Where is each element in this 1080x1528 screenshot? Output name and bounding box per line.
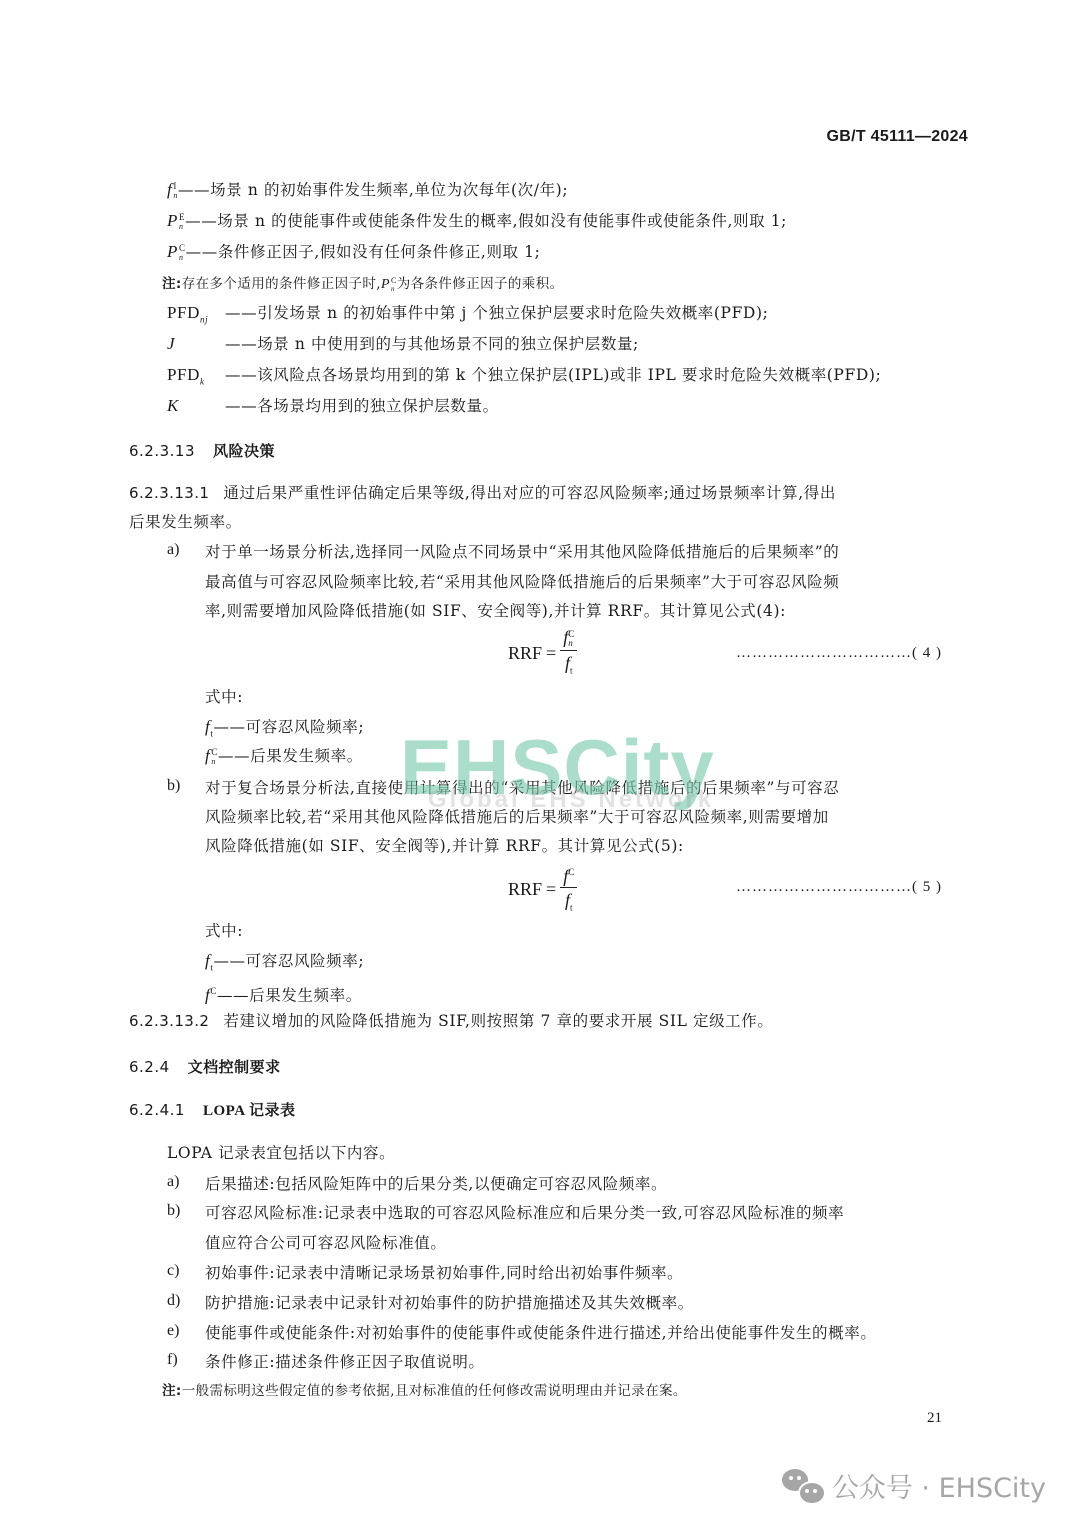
definition-text: 各场景均用到的独立保护层数量。 <box>257 397 499 415</box>
definition-row: K——各场景均用到的独立保护层数量。 <box>167 396 499 416</box>
footer-brand[interactable]: 公众号 · EHSCity <box>782 1466 1046 1505</box>
definition-text: 场景 n 的使能事件或使能条件发生的概率,假如没有使能事件或使能条件,则取 1; <box>217 212 787 230</box>
list-item-line: 防护措施:记录表中记录针对初始事件的防护措施描述及其失效概率。 <box>205 1293 694 1313</box>
list-item-line: 风险频率比较,若“采用其他风险降低措施后的后果频率”大于可容忍风险频率,则需要增… <box>205 807 829 827</box>
note: 注:一般需标明这些假定值的参考依据,且对标准值的任何修改需说明理由并记录在案。 <box>162 1382 687 1400</box>
definition-row: PFDnj——引发场景 n 的初始事件中第 j 个独立保护层要求时危险失效概率(… <box>167 303 768 329</box>
definition-row: fIn——场景 n 的初始事件发生频率,单位为次每年(次/年); <box>167 180 568 200</box>
subsection-number: 6.2.4.1 <box>129 1101 185 1119</box>
definition-text: 条件修正因子,假如没有任何条件修正,则取 1; <box>218 243 541 261</box>
list-label: a) <box>167 541 179 559</box>
equation-number: ……………………………( 4 ) <box>736 645 942 662</box>
paragraph-number: 6.2.3.13.1 <box>129 484 209 502</box>
definition-symbol: PCn <box>167 242 186 262</box>
definition-row: PFDk——该风险点各场景均用到的第 k 个独立保护层(IPL)或非 IPL 要… <box>167 365 881 391</box>
list-item-line: 值应符合公司可容忍风险标准值。 <box>205 1233 447 1253</box>
definition-row: PCn——条件修正因子,假如没有任何条件修正,则取 1; <box>167 242 540 262</box>
wechat-icon <box>782 1469 824 1503</box>
list-label: f) <box>167 1351 178 1369</box>
list-label: d) <box>167 1292 180 1310</box>
list-label: c) <box>167 1262 179 1280</box>
intro-text: LOPA 记录表宜包括以下内容。 <box>167 1143 395 1163</box>
where-row: fCn——后果发生频率。 <box>205 746 363 766</box>
section-title: 风险决策 <box>213 442 275 460</box>
paragraph: 6.2.3.13.2若建议增加的风险降低措施为 SIF,则按照第 7 章的要求开… <box>129 1011 774 1031</box>
definition-text: 该风险点各场景均用到的第 k 个独立保护层(IPL)或非 IPL 要求时危险失效… <box>257 366 881 384</box>
fraction: fCn ft <box>560 628 577 679</box>
list-label: a) <box>167 1173 179 1191</box>
definition-row: PEn——场景 n 的使能事件或使能条件发生的概率,假如没有使能事件或使能条件,… <box>167 211 787 231</box>
definition-symbol: PEn <box>167 211 185 231</box>
subsection-title: LOPA 记录表 <box>203 1103 295 1119</box>
paragraph: 6.2.3.13.1通过后果严重性评估确定后果等级,得出对应的可容忍风险频率;通… <box>129 483 836 503</box>
definition-symbol: PFDnj <box>167 303 225 329</box>
list-item-line: 率,则需要增加风险降低措施(如 SIF、安全阀等),并计算 RRF。其计算见公式… <box>205 601 786 621</box>
list-item-line: 对于复合场景分析法,直接使用计算得出的“采用其他风险降低措施后的后果频率”与可容… <box>205 778 839 798</box>
where-row: ft——可容忍风险频率; <box>205 717 364 743</box>
note: 注:存在多个适用的条件修正因子时,PCn为各条件修正因子的乘积。 <box>162 275 564 294</box>
watermark-logo: EHSCity <box>400 722 715 813</box>
definition-symbol: K <box>167 396 225 416</box>
section-number: 6.2.4 <box>129 1058 170 1076</box>
paragraph-number: 6.2.3.13.2 <box>129 1012 209 1030</box>
definition-text: 引发场景 n 的初始事件中第 j 个独立保护层要求时危险失效概率(PFD); <box>257 304 768 322</box>
definition-row: J——场景 n 中使用到的与其他场景不同的独立保护层数量; <box>167 334 639 354</box>
note-label: 注: <box>162 276 182 292</box>
list-item-line: 可容忍风险标准:记录表中选取的可容忍风险标准应和后果分类一致,可容忍风险标准的频… <box>205 1203 844 1223</box>
list-item-line: 风险降低措施(如 SIF、安全阀等),并计算 RRF。其计算见公式(5): <box>205 836 684 856</box>
where-label: 式中: <box>205 687 243 707</box>
definition-text: 场景 n 的初始事件发生频率,单位为次每年(次/年); <box>210 181 568 199</box>
section-number: 6.2.3.13 <box>129 442 195 460</box>
note-label: 注: <box>162 1383 182 1399</box>
list-item-line: 初始事件:记录表中清晰记录场景初始事件,同时给出初始事件频率。 <box>205 1263 683 1283</box>
list-item-line: 后果描述:包括风险矩阵中的后果分类,以便确定可容忍风险频率。 <box>205 1174 667 1194</box>
section-heading: 6.2.3.13风险决策 <box>129 440 275 461</box>
definition-text: 场景 n 中使用到的与其他场景不同的独立保护层数量; <box>257 335 639 353</box>
formula-5: RRF = fC ft <box>508 863 577 917</box>
list-item-line: 使能事件或使能条件:对初始事件的使能事件或使能条件进行描述,并给出使能事件发生的… <box>205 1323 876 1343</box>
section-heading: 6.2.4文档控制要求 <box>129 1056 281 1077</box>
section-title: 文档控制要求 <box>188 1058 281 1076</box>
list-label: e) <box>167 1322 179 1340</box>
standard-code: GB/T 45111—2024 <box>827 128 968 146</box>
where-row: fC——后果发生频率。 <box>205 981 362 1006</box>
definition-symbol: fIn <box>167 180 178 200</box>
equation-number: ……………………………( 5 ) <box>736 879 942 896</box>
list-item-line: 对于单一场景分析法,选择同一风险点不同场景中“采用其他风险降低措施后的后果频率”… <box>205 542 839 562</box>
paragraph-continuation: 后果发生频率。 <box>129 512 242 532</box>
fraction: fC ft <box>560 863 577 917</box>
list-item-line: 条件修正:描述条件修正因子取值说明。 <box>205 1352 485 1372</box>
definition-symbol: PFDk <box>167 365 225 391</box>
definition-symbol: J <box>167 334 225 354</box>
footer-brand-label: 公众号 · EHSCity <box>832 1466 1046 1505</box>
subsection-heading: 6.2.4.1LOPA 记录表 <box>129 1099 295 1120</box>
where-label: 式中: <box>205 921 243 941</box>
list-item-line: 最高值与可容忍风险频率比较,若“采用其他风险降低措施后的后果频率”大于可容忍风险… <box>205 572 839 592</box>
list-label: b) <box>167 1202 180 1220</box>
page-number: 21 <box>927 1410 942 1427</box>
list-label: b) <box>167 777 180 795</box>
formula-4: RRF = fCn ft <box>508 628 577 679</box>
where-row: ft——可容忍风险频率; <box>205 951 364 977</box>
